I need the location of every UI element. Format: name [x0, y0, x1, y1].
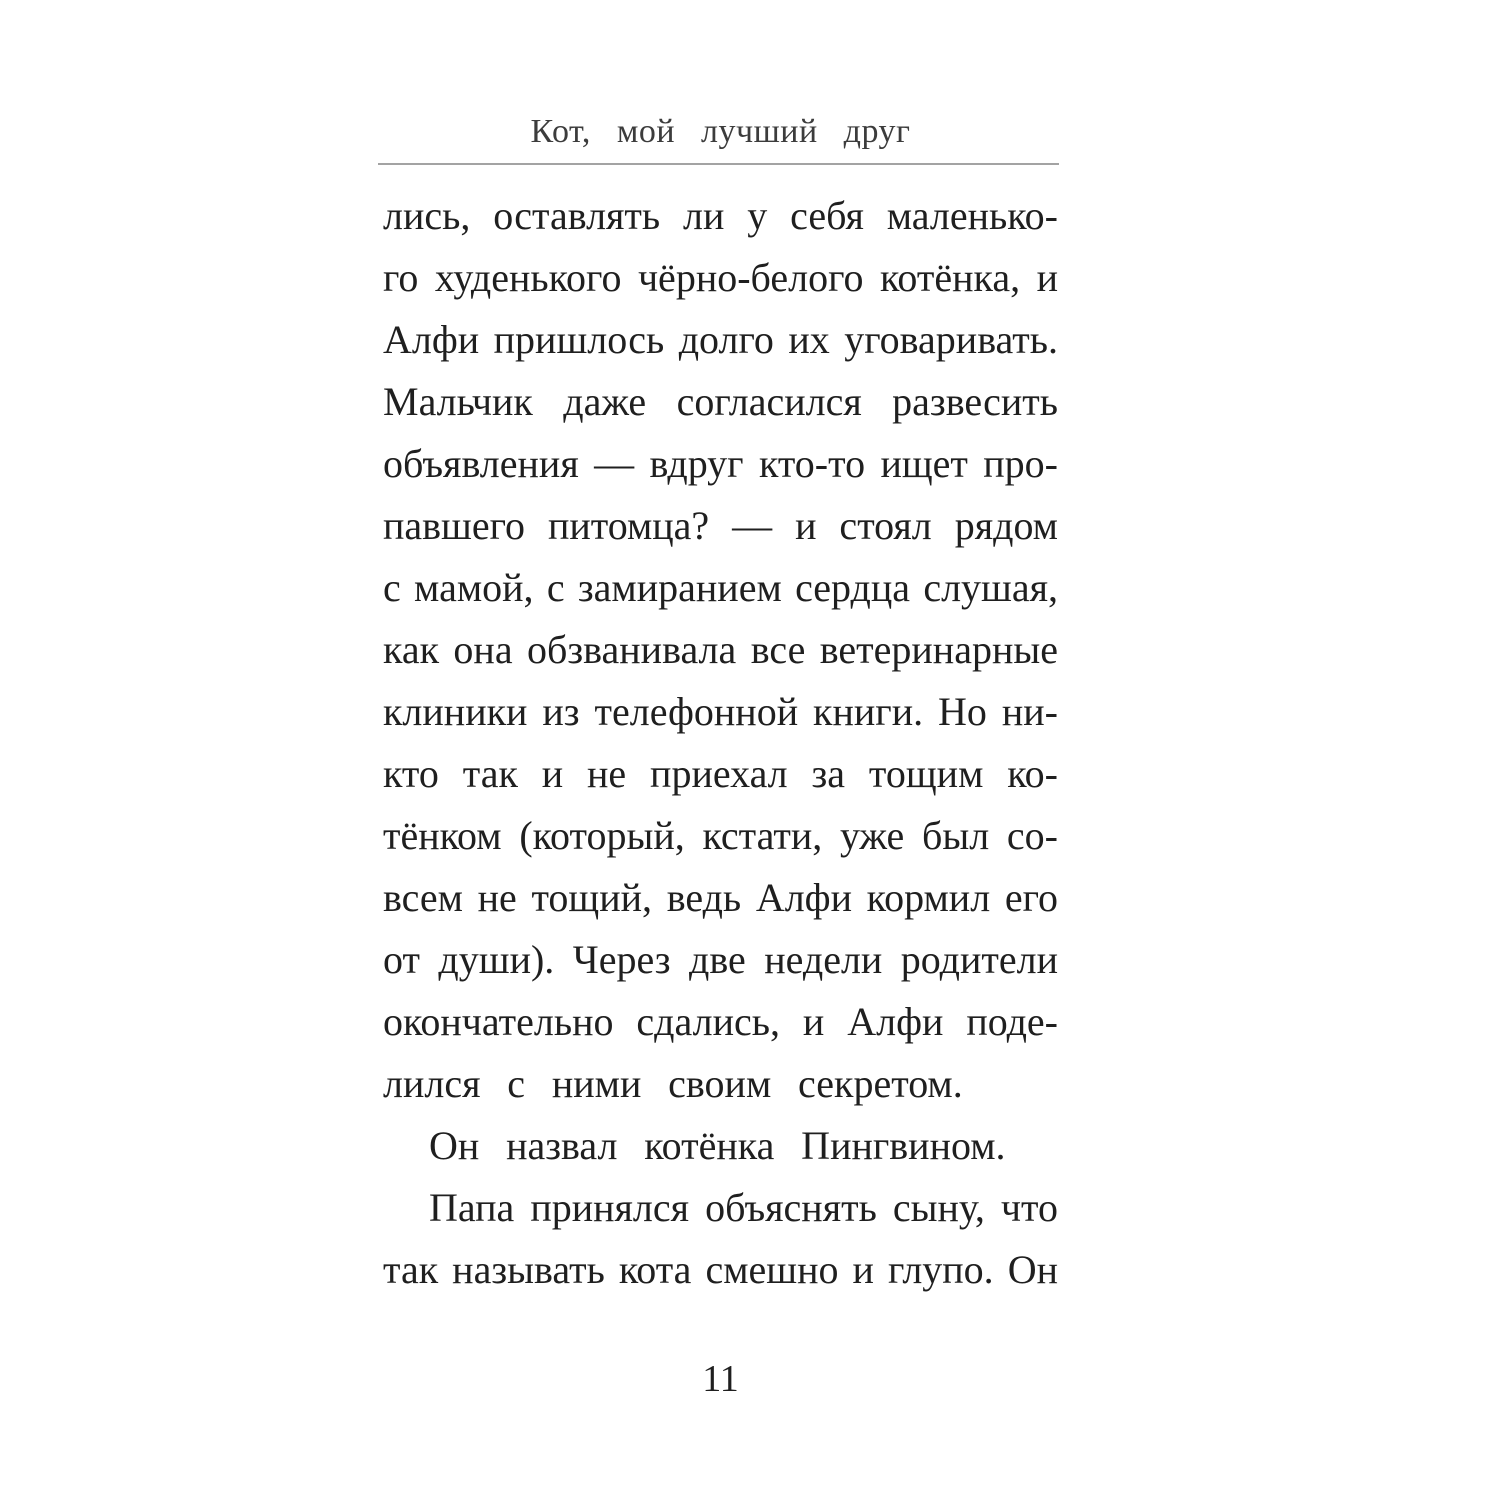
- text-line: клиники из телефонной книги. Но ни-: [383, 681, 1058, 743]
- text-line: от души). Через две недели родители: [383, 929, 1058, 991]
- text-line: Он назвал котёнка Пингвином.: [383, 1115, 1058, 1177]
- text-line: лился с ними своим секретом.: [383, 1053, 1058, 1115]
- text-line: Мальчик даже согласился развесить: [383, 371, 1058, 433]
- page-number: 11: [383, 1357, 1058, 1401]
- header-rule: [378, 163, 1059, 165]
- text-line: окончательно сдались, и Алфи поде-: [383, 991, 1058, 1053]
- text-line: кто так и не приехал за тощим ко-: [383, 743, 1058, 805]
- running-header: Кот, мой лучший друг: [383, 112, 1058, 152]
- text-line: объявления — вдруг кто-то ищет про-: [383, 433, 1058, 495]
- text-line: Алфи пришлось долго их уговаривать.: [383, 309, 1058, 371]
- text-column: Кот, мой лучший друг лись, оставлять ли …: [383, 0, 1058, 1500]
- text-line: го худенького чёрно-белого котёнка, и: [383, 247, 1058, 309]
- text-line: с мамой, с замиранием сердца слушая,: [383, 557, 1058, 619]
- text-line: всем не тощий, ведь Алфи кормил его: [383, 867, 1058, 929]
- text-line: тёнком (который, кстати, уже был со-: [383, 805, 1058, 867]
- text-line: павшего питомца? — и стоял рядом: [383, 495, 1058, 557]
- text-line: так называть кота смешно и глупо. Он: [383, 1239, 1058, 1301]
- book-page: Кот, мой лучший друг лись, оставлять ли …: [0, 0, 1500, 1500]
- text-line: Папа принялся объяснять сыну, что: [383, 1177, 1058, 1239]
- body-text: лись, оставлять ли у себя маленько- го х…: [383, 185, 1058, 1301]
- text-line: лись, оставлять ли у себя маленько-: [383, 185, 1058, 247]
- text-line: как она обзванивала все ветеринарные: [383, 619, 1058, 681]
